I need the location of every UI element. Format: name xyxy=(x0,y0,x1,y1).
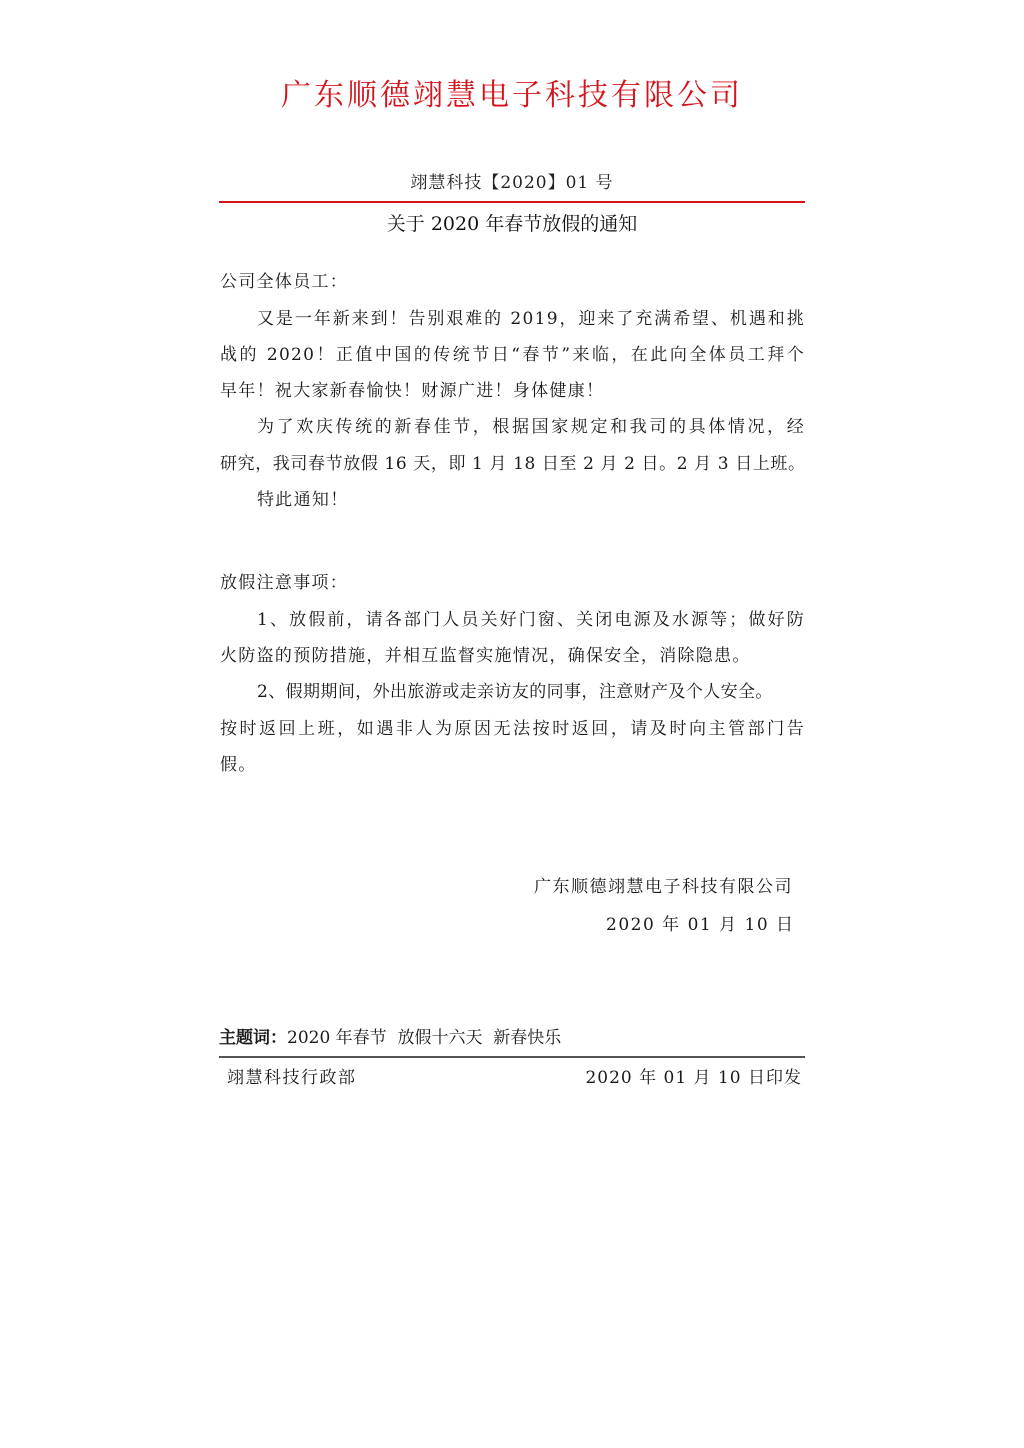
issuing-department: 翊慧科技行政部 xyxy=(227,1064,357,1092)
keywords-label: 主题词： xyxy=(219,1028,287,1048)
note2-line1: 2、假期期间，外出旅游或走亲访友的同事，注意财产及个人安全。 xyxy=(220,674,773,710)
document-number: 翊慧科技【2020】01 号 xyxy=(0,170,1024,196)
signature-date: 2020 年 01 月 10 日 xyxy=(606,910,795,940)
company-letterhead: 广东顺德翊慧电子科技有限公司 xyxy=(0,74,1024,118)
closing-line: 特此通知！ xyxy=(220,482,349,518)
notice-title: 关于 2020 年春节放假的通知 xyxy=(0,209,1024,239)
paragraph2-line1: 为了欢庆传统的新春佳节，根据国家规定和我司的具体情况，经 xyxy=(220,409,805,445)
paragraph1-line3: 早年！祝大家新春愉快！财源广进！身体健康！ xyxy=(220,373,604,409)
note2-line2: 按时返回上班，如遇非人为原因无法按时返回，请及时向主管部门告 xyxy=(220,711,805,747)
paragraph2-line2: 研究，我司春节放假 16 天，即 1 月 18 日至 2 月 2 日。2 月 3… xyxy=(220,446,806,482)
note2-line3: 假。 xyxy=(220,747,257,783)
keywords-line: 主题词：2020 年春节 放假十六天 新春快乐 xyxy=(219,1024,561,1052)
paragraph1-line2: 战的 2020！正值中国的传统节日“春节”来临，在此向全体员工拜个 xyxy=(220,337,805,373)
salutation: 公司全体员工： xyxy=(220,264,348,300)
notes-heading: 放假注意事项： xyxy=(220,565,348,601)
note1-line2: 火防盗的预防措施，并相互监督实施情况，确保安全，消除隐患。 xyxy=(220,638,751,674)
red-header-rule xyxy=(219,201,805,203)
issue-date: 2020 年 01 月 10 日印发 xyxy=(585,1064,802,1092)
keywords-value: 2020 年春节 放假十六天 新春快乐 xyxy=(287,1028,561,1048)
document-page: 广东顺德翊慧电子科技有限公司 翊慧科技【2020】01 号 关于 2020 年春… xyxy=(0,0,1024,1448)
footer-rule xyxy=(219,1056,805,1058)
signature-company: 广东顺德翊慧电子科技有限公司 xyxy=(534,872,793,902)
paragraph1-line1: 又是一年新来到！告别艰难的 2019，迎来了充满希望、机遇和挑 xyxy=(220,301,805,337)
note1-line1: 1、放假前，请各部门人员关好门窗、关闭电源及水源等；做好防 xyxy=(220,602,805,638)
